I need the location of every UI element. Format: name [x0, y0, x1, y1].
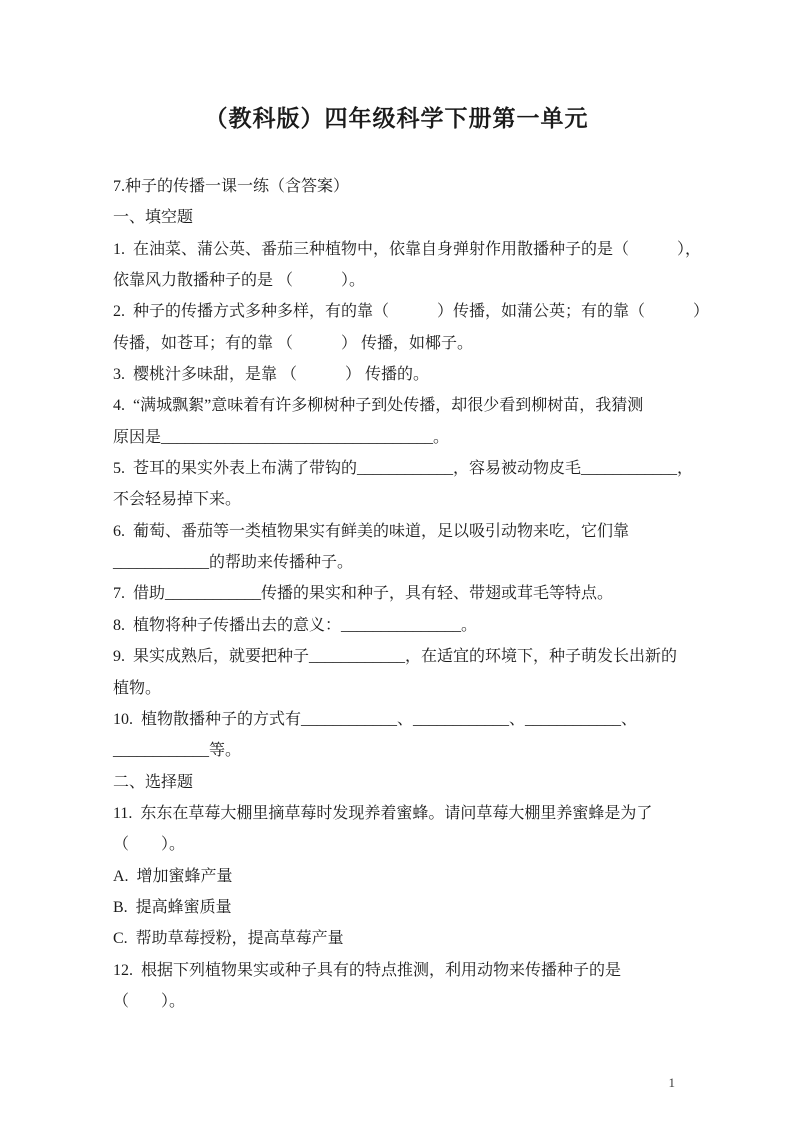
q4-line1: 4. “满城飘絮”意味着有许多柳树种子到处传播，却很少看到柳树苗，我猜测 [113, 390, 713, 421]
q9-line2: 植物。 [113, 673, 713, 704]
worksheet-page: （教科版）四年级科学下册第一单元 7.种子的传播一课一练（含答案） 一、填空题 … [0, 0, 793, 1122]
lesson-heading: 7.种子的传播一课一练（含答案） [113, 171, 713, 202]
q11-line1: 11. 东东在草莓大棚里摘草莓时发现养着蜜蜂。请问草莓大棚里养蜜蜂是为了 [113, 798, 713, 829]
q12-line2: （ ）。 [113, 986, 713, 1017]
section-choice-heading: 二、选择题 [113, 767, 713, 798]
worksheet-body: 7.种子的传播一课一练（含答案） 一、填空题 1. 在油菜、蒲公英、番茄三种植物… [113, 171, 713, 1017]
q1-line2: 依靠风力散播种子的是 （ ）。 [113, 265, 713, 296]
q10-line1: 10. 植物散播种子的方式有____________、____________、… [113, 704, 713, 735]
q1-line1: 1. 在油菜、蒲公英、番茄三种植物中，依靠自身弹射作用散播种子的是（ ）， [113, 234, 713, 265]
q11-line2: （ ）。 [113, 829, 713, 860]
q6-line2: ____________的帮助来传播种子。 [113, 547, 713, 578]
q11-option-c: C. 帮助草莓授粉，提高草莓产量 [113, 923, 713, 954]
q11-option-a: A. 增加蜜蜂产量 [113, 861, 713, 892]
q9-line1: 9. 果实成熟后，就要把种子____________，在适宜的环境下，种子萌发长… [113, 641, 713, 672]
q2-line2: 传播，如苍耳；有的靠 （ ） 传播，如椰子。 [113, 328, 713, 359]
q5-line1: 5. 苍耳的果实外表上布满了带钩的____________，容易被动物皮毛___… [113, 453, 713, 484]
q10-line2: ____________等。 [113, 735, 713, 766]
q4-line2: 原因是__________________________________。 [113, 422, 713, 453]
q7-line1: 7. 借助____________传播的果实和种子，具有轻、带翅或茸毛等特点。 [113, 578, 713, 609]
q6-line1: 6. 葡萄、番茄等一类植物果实有鲜美的味道，足以吸引动物来吃，它们靠 [113, 516, 713, 547]
page-title: （教科版）四年级科学下册第一单元 [0, 103, 793, 135]
section-fill-in-heading: 一、填空题 [113, 202, 713, 233]
q11-option-b: B. 提高蜂蜜质量 [113, 892, 713, 923]
q3-line1: 3. 樱桃汁多味甜，是靠 （ ） 传播的。 [113, 359, 713, 390]
page-number: 1 [669, 1074, 676, 1092]
q12-line1: 12. 根据下列植物果实或种子具有的特点推测，利用动物来传播种子的是 [113, 955, 713, 986]
q2-line1: 2. 种子的传播方式多种多样，有的靠（ ）传播，如蒲公英；有的靠（ ） [113, 296, 713, 327]
q8-line1: 8. 植物将种子传播出去的意义：_______________。 [113, 610, 713, 641]
q5-line2: 不会轻易掉下来。 [113, 484, 713, 515]
